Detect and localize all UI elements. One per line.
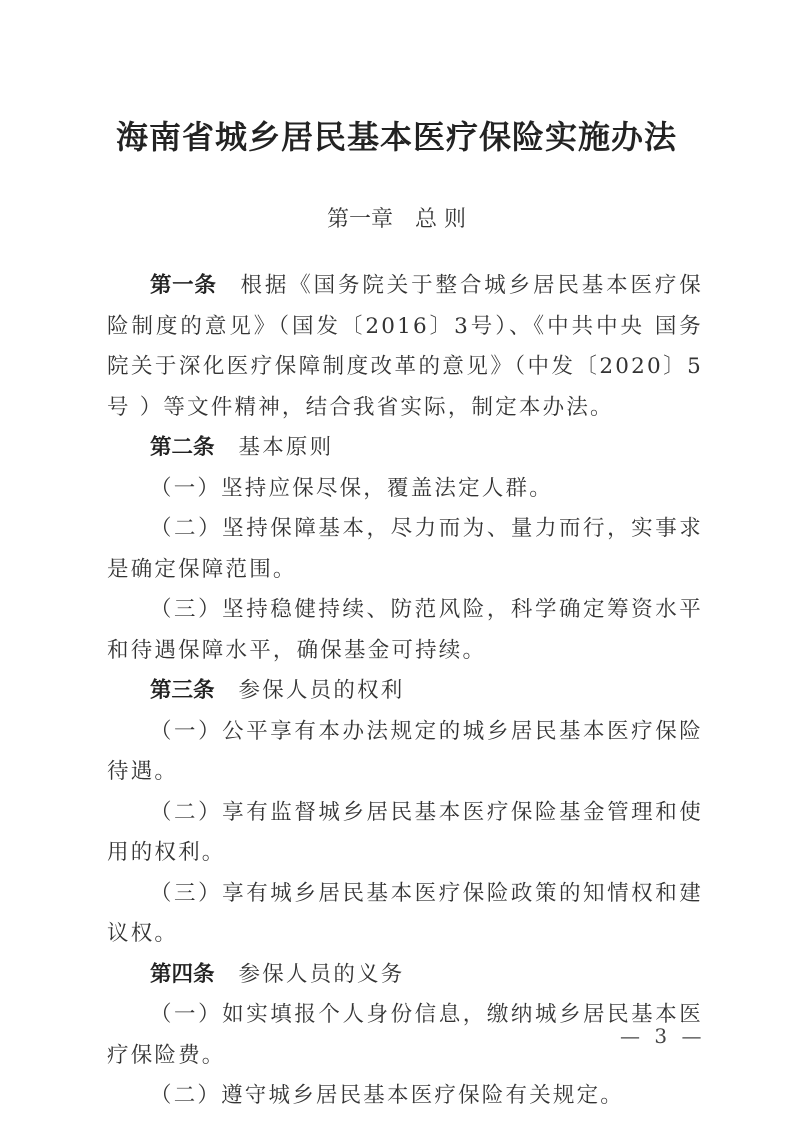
- document-title: 海南省城乡居民基本医疗保险实施办法: [0, 112, 793, 158]
- clause: （三）享有城乡居民基本医疗保险政策的知情权和建议权。: [107, 874, 703, 955]
- article-label: 第一条: [150, 273, 217, 298]
- clause: （二）享有监督城乡居民基本医疗保险基金管理和使用的权利。: [107, 793, 703, 874]
- clause: （三）坚持稳健持续、防范风险，科学确定筹资水平和待遇保障水平，确保基金可持续。: [107, 590, 703, 671]
- clause: （二）遵守城乡居民基本医疗保险有关规定。: [107, 1076, 703, 1117]
- article-4: 第四条参保人员的义务: [107, 955, 703, 996]
- article-label: 第二条: [150, 435, 215, 460]
- document-body: 第一条根据《国务院关于整合城乡居民基本医疗保险制度的意见》（国发〔2016〕3号…: [107, 266, 703, 1117]
- clause: （一）公平享有本办法规定的城乡居民基本医疗保险待遇。: [107, 712, 703, 793]
- chapter-heading: 第一章 总 则: [0, 202, 793, 233]
- clause: （一）坚持应保尽保，覆盖法定人群。: [107, 469, 703, 510]
- page-number: — 3 —: [620, 1024, 705, 1048]
- article-3: 第三条参保人员的权利: [107, 671, 703, 712]
- clause: （一）如实填报个人身份信息，缴纳城乡居民基本医疗保险费。: [107, 995, 703, 1076]
- article-heading: 参保人员的权利: [239, 678, 405, 703]
- article-1: 第一条根据《国务院关于整合城乡居民基本医疗保险制度的意见》（国发〔2016〕3号…: [107, 266, 703, 428]
- article-label: 第三条: [150, 678, 215, 703]
- article-heading: 基本原则: [239, 435, 334, 460]
- article-heading: 参保人员的义务: [239, 962, 405, 987]
- article-2: 第二条基本原则: [107, 428, 703, 469]
- article-label: 第四条: [150, 962, 215, 987]
- clause: （二）坚持保障基本，尽力而为、量力而行，实事求是确定保障范围。: [107, 509, 703, 590]
- document-page: 海南省城乡居民基本医疗保险实施办法 第一章 总 则 第一条根据《国务院关于整合城…: [0, 0, 793, 1122]
